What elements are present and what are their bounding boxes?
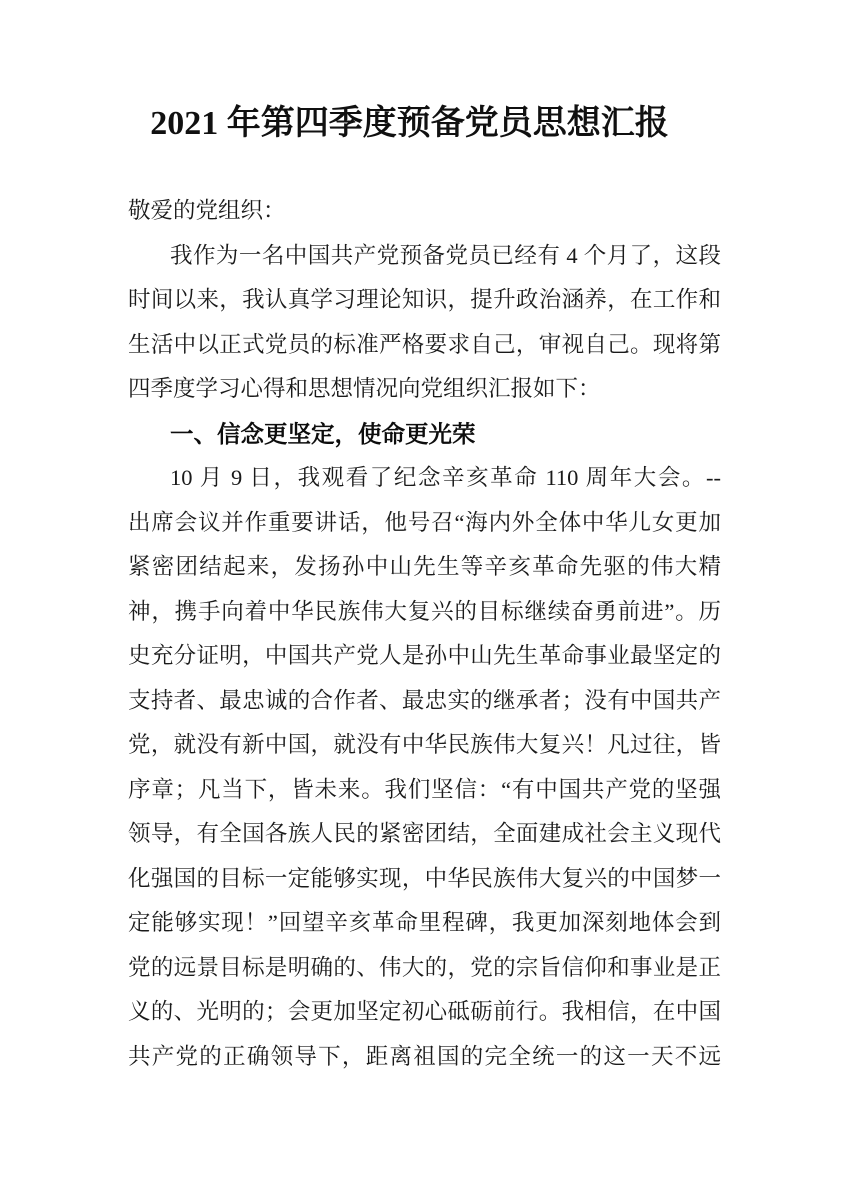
text-line: 领导，有全国各族人民的紧密团结，全面建成社会主义现代 (128, 812, 721, 857)
text-line: 党，就没有新中国，就没有中华民族伟大复兴！凡过往，皆 (128, 723, 721, 768)
text-line: 序章；凡当下，皆未来。我们坚信：“有中国共产党的坚强 (128, 768, 721, 813)
text-line: 10 月 9 日，我观看了纪念辛亥革命 110 周年大会。-- (128, 456, 721, 501)
text-line: 义的、光明的；会更加坚定初心砥砺前行。我相信，在中国 (128, 990, 721, 1035)
text-line: 共产党的正确领导下，距离祖国的完全统一的这一天不远 (128, 1035, 721, 1080)
text-line: 支持者、最忠诚的合作者、最忠实的继承者；没有中国共产 (128, 679, 721, 724)
text-line: 化强国的目标一定能够实现，中华民族伟大复兴的中国梦一 (128, 857, 721, 902)
text-line: 紧密团结起来，发扬孙中山先生等辛亥革命先驱的伟大精 (128, 545, 721, 590)
text-line: 时间以来，我认真学习理论知识，提升政治涵养，在工作和 (128, 278, 721, 323)
text-line: 史充分证明，中国共产党人是孙中山先生革命事业最坚定的 (128, 634, 721, 679)
document-body: 敬爱的党组织：我作为一名中国共产党预备党员已经有 4 个月了，这段时间以来，我认… (128, 189, 721, 1079)
text-line: 神，携手向着中华民族伟大复兴的目标继续奋勇前进”。历 (128, 590, 721, 635)
text-line: 定能够实现！”回望辛亥革命里程碑，我更加深刻地体会到 (128, 901, 721, 946)
text-line: 党的远景目标是明确的、伟大的，党的宗旨信仰和事业是正 (128, 946, 721, 991)
text-line: 敬爱的党组织： (128, 189, 721, 234)
text-line: 生活中以正式党员的标准严格要求自己，审视自己。现将第 (128, 323, 721, 368)
text-line: 出席会议并作重要讲话，他号召“海内外全体中华儿女更加 (128, 501, 721, 546)
document-title: 2021 年第四季度预备党员思想汇报 (128, 102, 721, 146)
section-heading: 一、信念更坚定，使命更光荣 (128, 412, 721, 457)
document-page: 2021 年第四季度预备党员思想汇报 敬爱的党组织：我作为一名中国共产党预备党员… (0, 0, 848, 1200)
text-line: 我作为一名中国共产党预备党员已经有 4 个月了，这段 (128, 234, 721, 279)
text-line: 四季度学习心得和思想情况向党组织汇报如下： (128, 367, 721, 412)
